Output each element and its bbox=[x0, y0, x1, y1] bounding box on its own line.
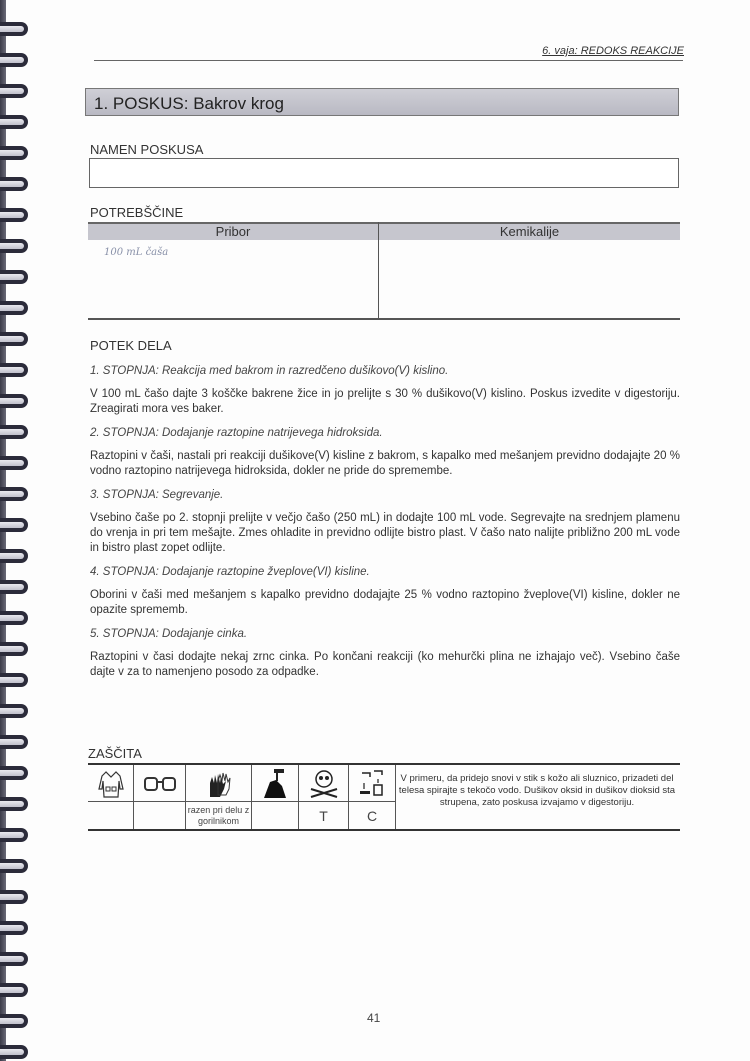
binding-ring bbox=[0, 859, 28, 873]
column-divider bbox=[378, 222, 379, 318]
binding-ring bbox=[0, 84, 28, 98]
binding-ring bbox=[0, 487, 28, 501]
binding-ring bbox=[0, 22, 28, 36]
step-body: Raztopini v čaši, nastali pri reakciji d… bbox=[90, 449, 680, 479]
binding-ring bbox=[0, 363, 28, 377]
safety-caption bbox=[88, 801, 133, 830]
safety-cell-gloves: razen pri delu z gorilnikom bbox=[186, 765, 252, 829]
binding-ring bbox=[0, 332, 28, 346]
safety-cell-goggles bbox=[134, 765, 186, 829]
page-number: 41 bbox=[367, 1011, 380, 1025]
binding-ring bbox=[0, 890, 28, 904]
binding-ring bbox=[0, 983, 28, 997]
binding-ring bbox=[0, 1014, 28, 1028]
binding-ring bbox=[0, 146, 28, 160]
step-body: Raztopini v časi dodajte nekaj zrnc cink… bbox=[90, 650, 680, 680]
table-bottom-rule bbox=[88, 318, 680, 320]
binding-ring bbox=[0, 177, 28, 191]
binding-ring bbox=[0, 611, 28, 625]
binding-ring bbox=[0, 580, 28, 594]
binding-ring bbox=[0, 828, 28, 842]
binding-ring bbox=[0, 704, 28, 718]
step-title: 3. STOPNJA: Segrevanje. bbox=[90, 489, 680, 501]
step-title: 1. STOPNJA: Reakcija med bakrom in razre… bbox=[90, 365, 680, 377]
safety-cell-toxic: T bbox=[299, 765, 349, 829]
potrebscine-table: Pribor Kemikalije 100 mL čaša bbox=[88, 222, 680, 320]
safety-cell-hand-washing bbox=[252, 765, 299, 829]
experiment-title-bar: 1. POSKUS: Bakrov krog bbox=[85, 88, 679, 116]
step-title: 5. STOPNJA: Dodajanje cinka. bbox=[90, 628, 680, 640]
binding-ring bbox=[0, 766, 28, 780]
safety-goggles-icon bbox=[134, 767, 185, 801]
binding-ring bbox=[0, 921, 28, 935]
pribor-handwritten-entry: 100 mL čaša bbox=[104, 247, 168, 258]
safety-note: V primeru, da pridejo snovi v stik s kož… bbox=[396, 773, 678, 809]
safety-cell-lab-coat bbox=[88, 765, 134, 829]
binding-ring bbox=[0, 642, 28, 656]
step-title: 4. STOPNJA: Dodajanje raztopine žveplove… bbox=[90, 566, 680, 578]
step-body: Oborini v čaši med mešanjem s kapalko pr… bbox=[90, 588, 680, 618]
gloves-icon bbox=[186, 767, 251, 801]
step-body: V 100 mL čašo dajte 3 koščke bakrene žic… bbox=[90, 387, 680, 417]
namen-field[interactable] bbox=[89, 158, 679, 188]
binding-ring bbox=[0, 115, 28, 129]
corrosive-icon bbox=[349, 767, 395, 801]
binding-ring bbox=[0, 394, 28, 408]
procedure-steps: 1. STOPNJA: Reakcija med bakrom in razre… bbox=[90, 365, 680, 690]
lab-coat-icon bbox=[88, 767, 133, 801]
binding-ring bbox=[0, 673, 28, 687]
binding-ring bbox=[0, 518, 28, 532]
step-title: 2. STOPNJA: Dodajanje raztopine natrijev… bbox=[90, 427, 680, 439]
potrebscine-header-row: Pribor Kemikalije bbox=[88, 222, 680, 240]
safety-caption bbox=[134, 801, 185, 830]
zascita-label: ZAŠČITA bbox=[88, 746, 142, 761]
safety-caption: T bbox=[299, 801, 348, 830]
binding-ring bbox=[0, 456, 28, 470]
running-header: 6. vaja: REDOKS REAKCIJE bbox=[542, 45, 684, 57]
potek-label: POTEK DELA bbox=[90, 338, 172, 353]
potrebscine-label: POTREBŠČINE bbox=[90, 205, 183, 220]
safety-caption: C bbox=[349, 801, 395, 830]
binding-ring bbox=[0, 1045, 28, 1059]
binding-ring bbox=[0, 425, 28, 439]
safety-caption bbox=[252, 801, 298, 830]
binding-ring bbox=[0, 549, 28, 563]
binding-ring bbox=[0, 208, 28, 222]
binding-ring bbox=[0, 797, 28, 811]
hand-washing-icon bbox=[252, 767, 298, 801]
binding-ring bbox=[0, 270, 28, 284]
namen-label: NAMEN POSKUSA bbox=[90, 142, 203, 157]
binding-ring bbox=[0, 239, 28, 253]
column-header-pribor: Pribor bbox=[88, 224, 378, 240]
experiment-title: 1. POSKUS: Bakrov krog bbox=[94, 94, 284, 114]
safety-table: razen pri delu z gorilnikom T C V primer… bbox=[88, 763, 680, 831]
binding-ring bbox=[0, 301, 28, 315]
column-header-kemikalije: Kemikalije bbox=[379, 224, 680, 240]
safety-caption: razen pri delu z gorilnikom bbox=[186, 801, 251, 830]
safety-cell-corrosive: C bbox=[349, 765, 396, 829]
header-rule bbox=[94, 60, 683, 61]
binding-ring bbox=[0, 735, 28, 749]
step-body: Vsebino čaše po 2. stopnji prelijte v ve… bbox=[90, 511, 680, 556]
skull-crossbones-icon bbox=[299, 767, 348, 801]
binding-ring bbox=[0, 53, 28, 67]
binding-ring bbox=[0, 952, 28, 966]
